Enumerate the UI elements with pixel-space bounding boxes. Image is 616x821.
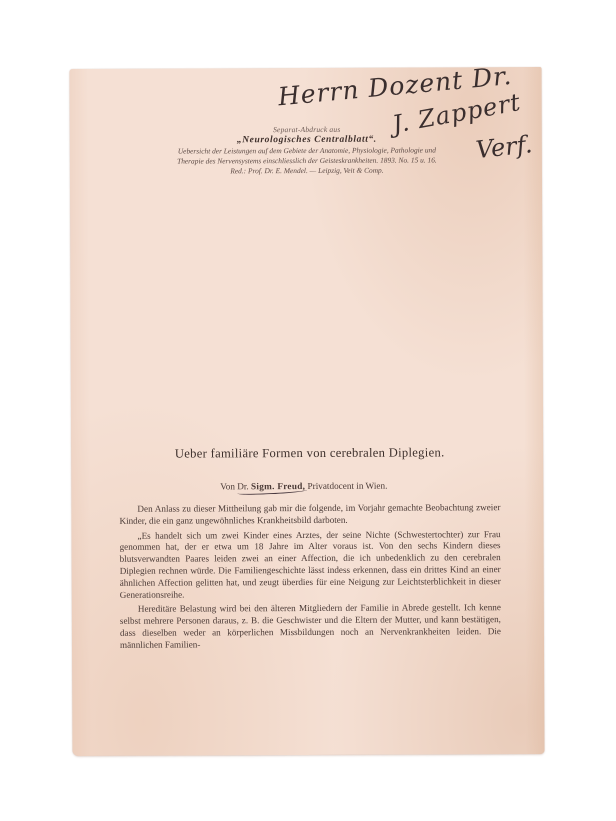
body-paragraph-1: Den Anlass zu dieser Mittheilung gab mir… [119, 502, 500, 527]
body-paragraph-2: „Es handelt sich um zwei Kinder eines Ar… [120, 529, 501, 601]
author-name: Sigm. Freud, [251, 481, 305, 491]
handwritten-underline [237, 488, 307, 496]
offprint-header: Separat-Abdruck aus „Neurologisches Cent… [70, 124, 502, 177]
editor-line: Red.: Prof. Dr. E. Mendel. — Leipzig, Ve… [112, 165, 502, 177]
body-paragraph-3: Hereditäre Belastung wird bei den ältere… [120, 603, 501, 652]
article: Ueber familiäre Formen von cerebralen Di… [119, 445, 501, 654]
handwritten-inscription-line-1: Herrn Dozent Dr. [277, 61, 514, 111]
byline-suffix: Privatdocent in Wien. [308, 481, 388, 491]
byline: Von Dr. Sigm. Freud, Privatdocent in Wie… [119, 480, 500, 492]
document-sheet: Separat-Abdruck aus „Neurologisches Cent… [70, 67, 545, 756]
article-body: Den Anlass zu dieser Mittheilung gab mir… [119, 502, 501, 651]
article-title: Ueber familiäre Formen von cerebralen Di… [119, 445, 500, 462]
